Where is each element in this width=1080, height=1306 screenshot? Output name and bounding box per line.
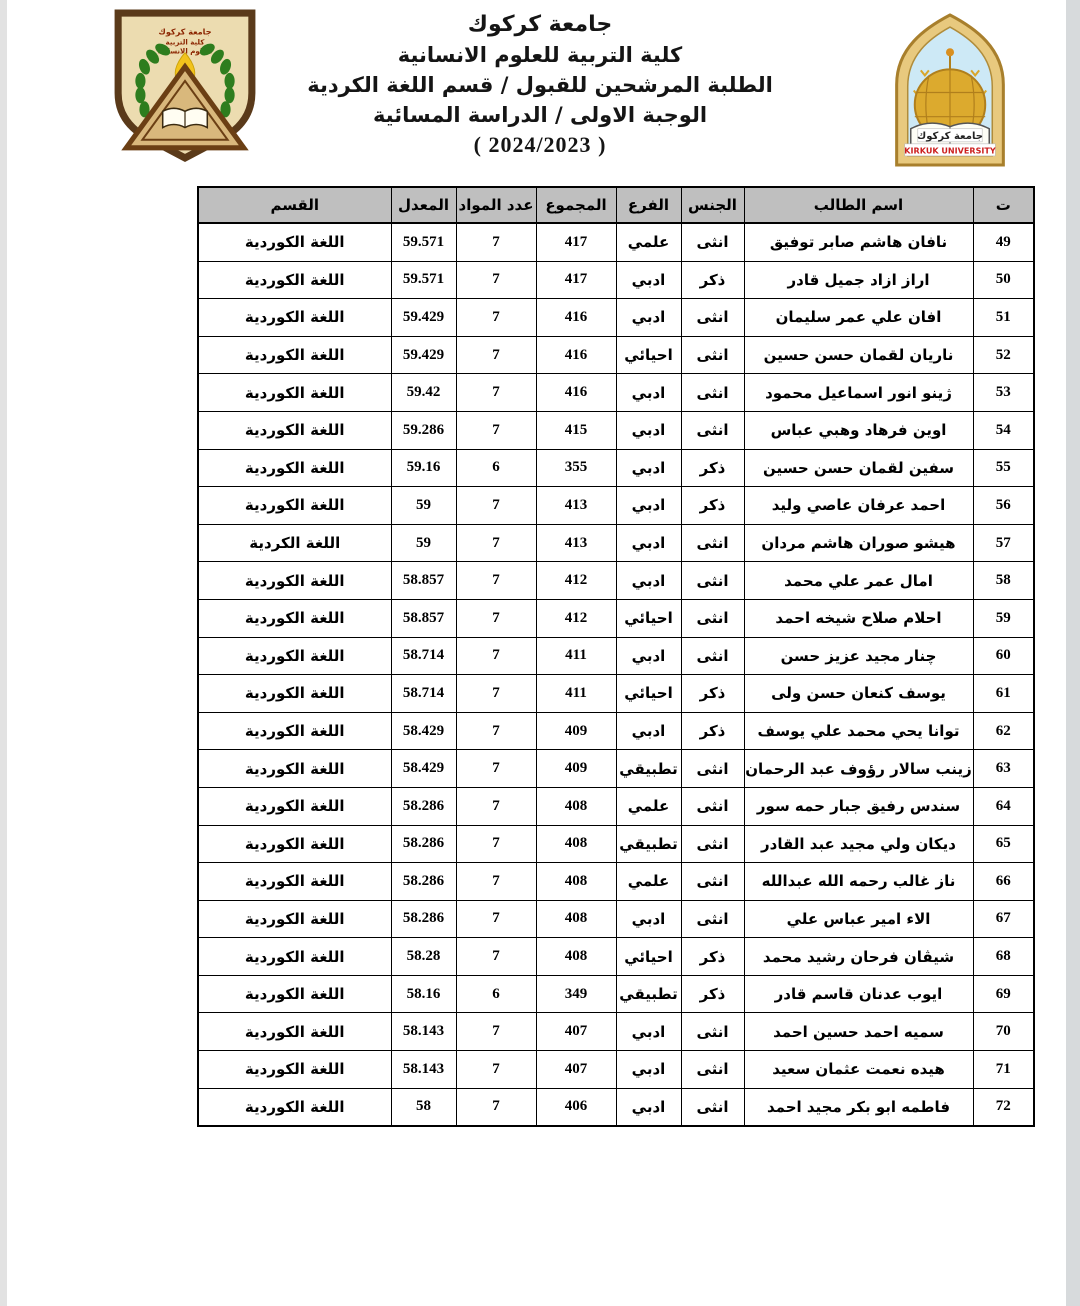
col-header-student-name: اسم الطالب bbox=[744, 187, 973, 223]
gender-cell: ذكر bbox=[681, 938, 744, 976]
subject-count-cell: 7 bbox=[456, 750, 536, 788]
branch-cell: ادبي bbox=[616, 524, 681, 562]
results-table-body: اللغة الكوردية 59.571 7 417 علمي انثى نا… bbox=[198, 223, 1034, 1126]
department-cell: اللغة الكوردية bbox=[198, 825, 391, 863]
branch-cell: ادبي bbox=[616, 1088, 681, 1126]
branch-cell: ادبي bbox=[616, 374, 681, 412]
branch-cell: ادبي bbox=[616, 1051, 681, 1089]
total-cell: 412 bbox=[536, 599, 616, 637]
student-name-cell: سفين لقمان حسن حسين bbox=[744, 449, 973, 487]
average-cell: 59.42 bbox=[391, 374, 456, 412]
branch-cell: تطبيقي bbox=[616, 825, 681, 863]
gender-cell: انثى bbox=[681, 750, 744, 788]
average-cell: 58.857 bbox=[391, 562, 456, 600]
average-cell: 58.143 bbox=[391, 1051, 456, 1089]
total-cell: 408 bbox=[536, 900, 616, 938]
student-name-cell: احلام صلاح شيخه احمد bbox=[744, 599, 973, 637]
student-name-cell: هيشو صوران هاشم مردان bbox=[744, 524, 973, 562]
serial-cell: 49 bbox=[973, 223, 1034, 261]
total-cell: 413 bbox=[536, 487, 616, 525]
department-cell: اللغة الكوردية bbox=[198, 637, 391, 675]
subject-count-cell: 7 bbox=[456, 637, 536, 675]
col-header-subject-count: عدد المواد bbox=[456, 187, 536, 223]
subject-count-cell: 7 bbox=[456, 787, 536, 825]
table-row: اللغة الكوردية 59 7 413 ادبي ذكر احمد عر… bbox=[198, 487, 1034, 525]
table-row: اللغة الكوردية 58.286 7 408 ادبي انثى ال… bbox=[198, 900, 1034, 938]
serial-cell: 63 bbox=[973, 750, 1034, 788]
average-cell: 58.286 bbox=[391, 900, 456, 938]
serial-cell: 64 bbox=[973, 787, 1034, 825]
gender-cell: ذكر bbox=[681, 487, 744, 525]
total-cell: 408 bbox=[536, 787, 616, 825]
serial-cell: 53 bbox=[973, 374, 1034, 412]
gender-cell: انثى bbox=[681, 825, 744, 863]
department-cell: اللغة الكوردية bbox=[198, 374, 391, 412]
table-row: اللغة الكوردية 58.714 7 411 ادبي انثى چن… bbox=[198, 637, 1034, 675]
student-name-cell: احمد عرفان عاصي وليد bbox=[744, 487, 973, 525]
gender-cell: انثى bbox=[681, 299, 744, 337]
col-header-branch: الفرع bbox=[616, 187, 681, 223]
table-row: اللغة الكوردية 58.286 7 408 علمي انثى سن… bbox=[198, 787, 1034, 825]
department-cell: اللغة الكوردية bbox=[198, 599, 391, 637]
department-cell: اللغة الكردية bbox=[198, 524, 391, 562]
serial-cell: 65 bbox=[973, 825, 1034, 863]
department-cell: اللغة الكوردية bbox=[198, 1051, 391, 1089]
subject-count-cell: 7 bbox=[456, 675, 536, 713]
table-row: اللغة الكوردية 59.571 7 417 ادبي ذكر ارا… bbox=[198, 261, 1034, 299]
subject-count-cell: 7 bbox=[456, 1088, 536, 1126]
total-cell: 415 bbox=[536, 411, 616, 449]
department-cell: اللغة الكوردية bbox=[198, 675, 391, 713]
table-row: اللغة الكوردية 58.857 7 412 احيائي انثى … bbox=[198, 599, 1034, 637]
total-cell: 408 bbox=[536, 863, 616, 901]
student-name-cell: امال عمر علي محمد bbox=[744, 562, 973, 600]
student-name-cell: ژينو انور اسماعيل محمود bbox=[744, 374, 973, 412]
department-cell: اللغة الكوردية bbox=[198, 411, 391, 449]
table-row: اللغة الكوردية 59.429 7 416 ادبي انثى اف… bbox=[198, 299, 1034, 337]
student-name-cell: ناريان لقمان حسن حسين bbox=[744, 336, 973, 374]
average-cell: 58.16 bbox=[391, 975, 456, 1013]
gender-cell: ذكر bbox=[681, 712, 744, 750]
table-row: اللغة الكوردية 58.28 7 408 احيائي ذكر شي… bbox=[198, 938, 1034, 976]
banner-english-text: KIRKUK UNIVERSITY bbox=[904, 146, 996, 155]
subject-count-cell: 7 bbox=[456, 1051, 536, 1089]
subject-count-cell: 7 bbox=[456, 487, 536, 525]
serial-cell: 72 bbox=[973, 1088, 1034, 1126]
gender-cell: انثى bbox=[681, 524, 744, 562]
average-cell: 58 bbox=[391, 1088, 456, 1126]
serial-cell: 52 bbox=[973, 336, 1034, 374]
table-row: اللغة الكوردية 59.429 7 416 احيائي انثى … bbox=[198, 336, 1034, 374]
department-cell: اللغة الكوردية bbox=[198, 449, 391, 487]
table-row: اللغة الكردية 59 7 413 ادبي انثى هيشو صو… bbox=[198, 524, 1034, 562]
serial-cell: 66 bbox=[973, 863, 1034, 901]
serial-cell: 57 bbox=[973, 524, 1034, 562]
average-cell: 59 bbox=[391, 524, 456, 562]
gender-cell: ذكر bbox=[681, 449, 744, 487]
serial-cell: 50 bbox=[973, 261, 1034, 299]
average-cell: 58.429 bbox=[391, 712, 456, 750]
average-cell: 59 bbox=[391, 487, 456, 525]
table-row: اللغة الكوردية 58.143 7 407 ادبي انثى سم… bbox=[198, 1013, 1034, 1051]
student-name-cell: نافان هاشم صابر توفيق bbox=[744, 223, 973, 261]
gender-cell: انثى bbox=[681, 336, 744, 374]
gender-cell: انثى bbox=[681, 562, 744, 600]
subject-count-cell: 7 bbox=[456, 599, 536, 637]
student-name-cell: اراز ازاد جميل قادر bbox=[744, 261, 973, 299]
total-cell: 406 bbox=[536, 1088, 616, 1126]
total-cell: 413 bbox=[536, 524, 616, 562]
student-name-cell: چنار مجيد عزيز حسن bbox=[744, 637, 973, 675]
department-cell: اللغة الكوردية bbox=[198, 787, 391, 825]
student-name-cell: اوين فرهاد وهبي عباس bbox=[744, 411, 973, 449]
scanned-document-page: { "header": { "title_lines": [ "جامعة كر… bbox=[0, 0, 1080, 1306]
department-cell: اللغة الكوردية bbox=[198, 1013, 391, 1051]
average-cell: 58.28 bbox=[391, 938, 456, 976]
table-row: اللغة الكوردية 58 7 406 ادبي انثى فاطمه … bbox=[198, 1088, 1034, 1126]
average-cell: 59.571 bbox=[391, 223, 456, 261]
admission-results-table: القسم المعدل عدد المواد المجموع الفرع ال… bbox=[197, 186, 1035, 1127]
total-cell: 411 bbox=[536, 637, 616, 675]
branch-cell: ادبي bbox=[616, 299, 681, 337]
subject-count-cell: 7 bbox=[456, 825, 536, 863]
table-row: اللغة الكوردية 59.571 7 417 علمي انثى نا… bbox=[198, 223, 1034, 261]
serial-cell: 55 bbox=[973, 449, 1034, 487]
gender-cell: انثى bbox=[681, 223, 744, 261]
student-name-cell: شيڤان فرحان رشيد محمد bbox=[744, 938, 973, 976]
table-row: اللغة الكوردية 59.42 7 416 ادبي انثى ژين… bbox=[198, 374, 1034, 412]
total-cell: 416 bbox=[536, 299, 616, 337]
average-cell: 59.16 bbox=[391, 449, 456, 487]
subject-count-cell: 7 bbox=[456, 900, 536, 938]
average-cell: 58.286 bbox=[391, 825, 456, 863]
branch-cell: ادبي bbox=[616, 487, 681, 525]
average-cell: 58.714 bbox=[391, 675, 456, 713]
department-cell: اللغة الكوردية bbox=[198, 863, 391, 901]
average-cell: 58.714 bbox=[391, 637, 456, 675]
table-row: اللغة الكوردية 59.16 6 355 ادبي ذكر سفين… bbox=[198, 449, 1034, 487]
subject-count-cell: 7 bbox=[456, 336, 536, 374]
total-cell: 416 bbox=[536, 336, 616, 374]
branch-cell: ادبي bbox=[616, 637, 681, 675]
department-cell: اللغة الكوردية bbox=[198, 223, 391, 261]
serial-cell: 69 bbox=[973, 975, 1034, 1013]
branch-cell: تطبيقي bbox=[616, 975, 681, 1013]
branch-cell: ادبي bbox=[616, 712, 681, 750]
gender-cell: انثى bbox=[681, 1088, 744, 1126]
serial-cell: 51 bbox=[973, 299, 1034, 337]
table-row: اللغة الكوردية 58.857 7 412 ادبي انثى ام… bbox=[198, 562, 1034, 600]
department-cell: اللغة الكوردية bbox=[198, 712, 391, 750]
average-cell: 58.286 bbox=[391, 863, 456, 901]
department-cell: اللغة الكوردية bbox=[198, 562, 391, 600]
subject-count-cell: 7 bbox=[456, 863, 536, 901]
average-cell: 58.143 bbox=[391, 1013, 456, 1051]
gender-cell: انثى bbox=[681, 599, 744, 637]
gender-cell: ذكر bbox=[681, 675, 744, 713]
scan-edge-right bbox=[1066, 0, 1080, 1306]
department-cell: اللغة الكوردية bbox=[198, 1088, 391, 1126]
student-name-cell: ايوب عدنان قاسم قادر bbox=[744, 975, 973, 1013]
serial-cell: 71 bbox=[973, 1051, 1034, 1089]
branch-cell: ادبي bbox=[616, 562, 681, 600]
branch-cell: احيائي bbox=[616, 599, 681, 637]
average-cell: 59.571 bbox=[391, 261, 456, 299]
branch-cell: احيائي bbox=[616, 938, 681, 976]
total-cell: 409 bbox=[536, 750, 616, 788]
table-row: اللغة الكوردية 58.429 7 409 تطبيقي انثى … bbox=[198, 750, 1034, 788]
gender-cell: انثى bbox=[681, 900, 744, 938]
subject-count-cell: 7 bbox=[456, 712, 536, 750]
serial-cell: 54 bbox=[973, 411, 1034, 449]
gender-cell: ذكر bbox=[681, 975, 744, 1013]
subject-count-cell: 7 bbox=[456, 524, 536, 562]
student-name-cell: الاء امير عباس علي bbox=[744, 900, 973, 938]
scan-edge-left bbox=[0, 0, 7, 1306]
gender-cell: انثى bbox=[681, 374, 744, 412]
table-row: اللغة الكوردية 58.286 7 408 علمي انثى نا… bbox=[198, 863, 1034, 901]
total-cell: 408 bbox=[536, 825, 616, 863]
serial-cell: 58 bbox=[973, 562, 1034, 600]
student-name-cell: ناز غالب رحمه الله عبدالله bbox=[744, 863, 973, 901]
total-cell: 349 bbox=[536, 975, 616, 1013]
branch-cell: ادبي bbox=[616, 1013, 681, 1051]
department-cell: اللغة الكوردية bbox=[198, 938, 391, 976]
gender-cell: انثى bbox=[681, 637, 744, 675]
branch-cell: علمي bbox=[616, 863, 681, 901]
table-header-row: القسم المعدل عدد المواد المجموع الفرع ال… bbox=[198, 187, 1034, 223]
student-name-cell: ديكان ولي مجيد عبد القادر bbox=[744, 825, 973, 863]
department-cell: اللغة الكوردية bbox=[198, 261, 391, 299]
average-cell: 59.286 bbox=[391, 411, 456, 449]
branch-cell: احيائي bbox=[616, 336, 681, 374]
average-cell: 58.429 bbox=[391, 750, 456, 788]
branch-cell: تطبيقي bbox=[616, 750, 681, 788]
serial-cell: 61 bbox=[973, 675, 1034, 713]
average-cell: 59.429 bbox=[391, 299, 456, 337]
student-name-cell: سندس رفيق جبار حمه سور bbox=[744, 787, 973, 825]
total-cell: 416 bbox=[536, 374, 616, 412]
total-cell: 407 bbox=[536, 1051, 616, 1089]
serial-cell: 62 bbox=[973, 712, 1034, 750]
department-cell: اللغة الكوردية bbox=[198, 750, 391, 788]
subject-count-cell: 6 bbox=[456, 449, 536, 487]
department-cell: اللغة الكوردية bbox=[198, 336, 391, 374]
subject-count-cell: 7 bbox=[456, 938, 536, 976]
subject-count-cell: 7 bbox=[456, 374, 536, 412]
average-cell: 58.286 bbox=[391, 787, 456, 825]
table-row: اللغة الكوردية 58.714 7 411 احيائي ذكر ي… bbox=[198, 675, 1034, 713]
table-row: اللغة الكوردية 58.143 7 407 ادبي انثى هي… bbox=[198, 1051, 1034, 1089]
department-cell: اللغة الكوردية bbox=[198, 975, 391, 1013]
branch-cell: احيائي bbox=[616, 675, 681, 713]
student-name-cell: زينب سالار رؤوف عبد الرحمان bbox=[744, 750, 973, 788]
total-cell: 417 bbox=[536, 223, 616, 261]
subject-count-cell: 7 bbox=[456, 223, 536, 261]
branch-cell: ادبي bbox=[616, 411, 681, 449]
col-header-serial: ت bbox=[973, 187, 1034, 223]
col-header-average: المعدل bbox=[391, 187, 456, 223]
subject-count-cell: 7 bbox=[456, 261, 536, 299]
table-row: اللغة الكوردية 58.429 7 409 ادبي ذكر توا… bbox=[198, 712, 1034, 750]
branch-cell: علمي bbox=[616, 787, 681, 825]
subject-count-cell: 7 bbox=[456, 562, 536, 600]
serial-cell: 70 bbox=[973, 1013, 1034, 1051]
total-cell: 411 bbox=[536, 675, 616, 713]
average-cell: 58.857 bbox=[391, 599, 456, 637]
department-cell: اللغة الكوردية bbox=[198, 487, 391, 525]
kirkuk-university-emblem-icon: جامعة كركوك KIRKUK UNIVERSITY bbox=[884, 12, 1016, 168]
col-header-total: المجموع bbox=[536, 187, 616, 223]
total-cell: 417 bbox=[536, 261, 616, 299]
total-cell: 407 bbox=[536, 1013, 616, 1051]
department-cell: اللغة الكوردية bbox=[198, 299, 391, 337]
total-cell: 412 bbox=[536, 562, 616, 600]
gender-cell: انثى bbox=[681, 787, 744, 825]
branch-cell: ادبي bbox=[616, 261, 681, 299]
department-cell: اللغة الكوردية bbox=[198, 900, 391, 938]
serial-cell: 59 bbox=[973, 599, 1034, 637]
table-row: اللغة الكوردية 59.286 7 415 ادبي انثى او… bbox=[198, 411, 1034, 449]
gender-cell: انثى bbox=[681, 863, 744, 901]
table-row: اللغة الكوردية 58.286 7 408 تطبيقي انثى … bbox=[198, 825, 1034, 863]
col-header-gender: الجنس bbox=[681, 187, 744, 223]
branch-cell: علمي bbox=[616, 223, 681, 261]
serial-cell: 67 bbox=[973, 900, 1034, 938]
gender-cell: انثى bbox=[681, 411, 744, 449]
total-cell: 409 bbox=[536, 712, 616, 750]
total-cell: 408 bbox=[536, 938, 616, 976]
student-name-cell: هيده نعمت عثمان سعيد bbox=[744, 1051, 973, 1089]
student-name-cell: توانا يحي محمد علي يوسف bbox=[744, 712, 973, 750]
gender-cell: انثى bbox=[681, 1013, 744, 1051]
student-name-cell: افان علي عمر سليمان bbox=[744, 299, 973, 337]
gender-cell: ذكر bbox=[681, 261, 744, 299]
branch-cell: ادبي bbox=[616, 449, 681, 487]
spire-finial-icon bbox=[946, 48, 954, 56]
student-name-cell: يوسف كنعان حسن ولى bbox=[744, 675, 973, 713]
col-header-department: القسم bbox=[198, 187, 391, 223]
total-cell: 355 bbox=[536, 449, 616, 487]
student-name-cell: سميه احمد حسين احمد bbox=[744, 1013, 973, 1051]
subject-count-cell: 7 bbox=[456, 1013, 536, 1051]
subject-count-cell: 7 bbox=[456, 411, 536, 449]
branch-cell: ادبي bbox=[616, 900, 681, 938]
serial-cell: 56 bbox=[973, 487, 1034, 525]
subject-count-cell: 6 bbox=[456, 975, 536, 1013]
table-row: اللغة الكوردية 58.16 6 349 تطبيقي ذكر اي… bbox=[198, 975, 1034, 1013]
student-name-cell: فاطمه ابو بكر مجيد احمد bbox=[744, 1088, 973, 1126]
subject-count-cell: 7 bbox=[456, 299, 536, 337]
serial-cell: 68 bbox=[973, 938, 1034, 976]
banner-arabic-text: جامعة كركوك bbox=[917, 131, 983, 142]
gender-cell: انثى bbox=[681, 1051, 744, 1089]
serial-cell: 60 bbox=[973, 637, 1034, 675]
average-cell: 59.429 bbox=[391, 336, 456, 374]
